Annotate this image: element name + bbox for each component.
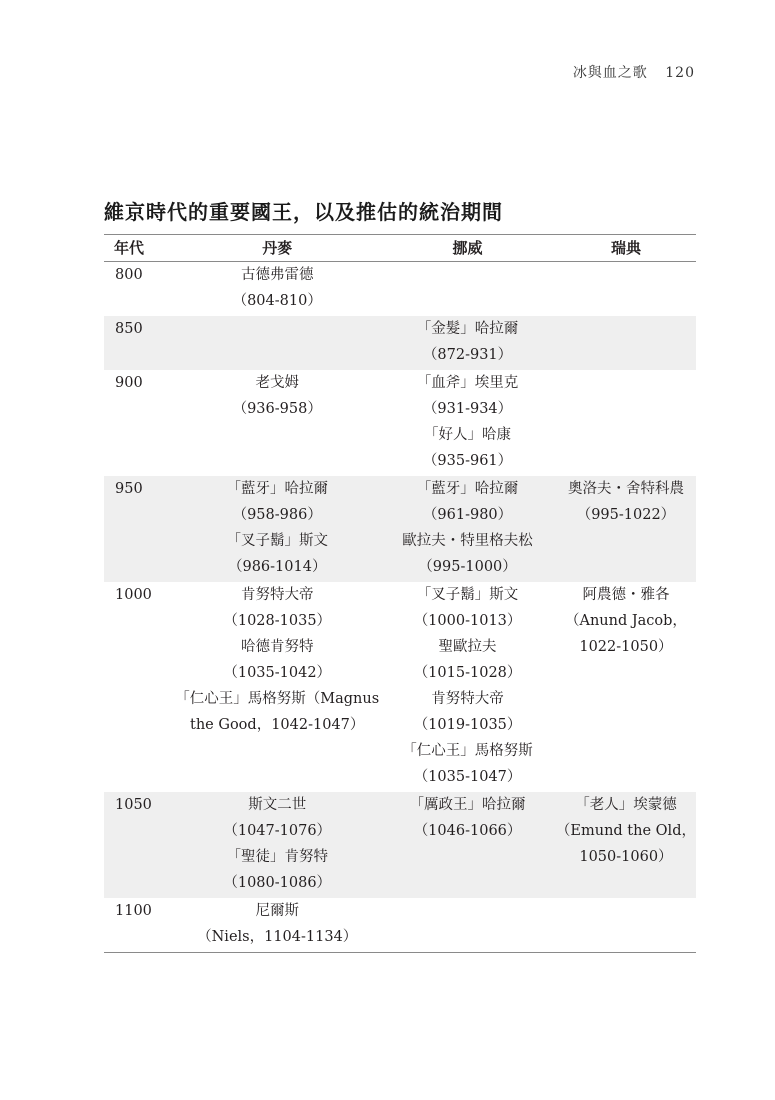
- norway-cell: 「叉子鬍」斯文（1000-1013）聖歐拉夫（1015-1028）肯努特大帝（1…: [379, 582, 556, 792]
- header-norway: 挪威: [379, 235, 556, 262]
- page-number: 120: [665, 65, 695, 81]
- king-entry-line: （1047-1076）: [175, 818, 379, 844]
- denmark-cell: 古德弗雷德（804-810）: [175, 262, 379, 317]
- king-entry-line: 老戈姆: [175, 370, 379, 396]
- king-entry-line: 斯文二世: [175, 792, 379, 818]
- king-entry-line: （931-934）: [379, 396, 556, 422]
- king-entry-line: 「藍牙」哈拉爾: [379, 476, 556, 502]
- book-title: 冰與血之歌: [573, 65, 648, 81]
- denmark-cell: 尼爾斯（Niels，1104-1134）: [175, 898, 379, 953]
- king-entry-line: 尼爾斯: [175, 898, 379, 924]
- king-entry-line: 哈德肯努特: [175, 634, 379, 660]
- sweden-cell: [556, 316, 696, 370]
- sweden-cell: 「老人」埃蒙德（Emund the Old，1050-1060）: [556, 792, 696, 898]
- king-entry-line: 「血斧」埃里克: [379, 370, 556, 396]
- era-cell: 1100: [104, 898, 175, 953]
- norway-cell: 「血斧」埃里克（931-934）「好人」哈康（935-961）: [379, 370, 556, 476]
- king-entry-line: 歐拉夫・特里格夫松: [379, 528, 556, 554]
- era-cell: 1000: [104, 582, 175, 792]
- sweden-cell: [556, 898, 696, 953]
- header-era: 年代: [104, 235, 175, 262]
- norway-cell: [379, 262, 556, 317]
- sweden-cell: 阿農德・雅各（Anund Jacob，1022-1050）: [556, 582, 696, 792]
- norway-cell: 「藍牙」哈拉爾（961-980）歐拉夫・特里格夫松（995-1000）: [379, 476, 556, 582]
- king-entry-line: （1028-1035）: [175, 608, 379, 634]
- king-entry-line: 肯努特大帝: [175, 582, 379, 608]
- king-entry-line: 1050-1060）: [556, 844, 696, 870]
- norway-cell: 「厲政王」哈拉爾（1046-1066）: [379, 792, 556, 898]
- king-entry-line: 「聖徒」肯努特: [175, 844, 379, 870]
- king-entry-line: 「叉子鬍」斯文: [379, 582, 556, 608]
- king-entry-line: 「叉子鬍」斯文: [175, 528, 379, 554]
- header-sweden: 瑞典: [556, 235, 696, 262]
- norway-cell: [379, 898, 556, 953]
- king-entry-line: 「仁心王」馬格努斯: [379, 738, 556, 764]
- king-entry-line: （995-1000）: [379, 554, 556, 580]
- sweden-cell: [556, 370, 696, 476]
- king-entry-line: （Emund the Old，: [556, 818, 696, 844]
- king-entry-line: （1080-1086）: [175, 870, 379, 896]
- table-row: 1100尼爾斯（Niels，1104-1134）: [104, 898, 696, 953]
- king-entry-line: （1046-1066）: [379, 818, 556, 844]
- table-row: 800古德弗雷德（804-810）: [104, 262, 696, 317]
- king-entry-line: 阿農德・雅各: [556, 582, 696, 608]
- king-entry-line: （935-961）: [379, 448, 556, 474]
- king-entry-line: （1019-1035）: [379, 712, 556, 738]
- era-cell: 800: [104, 262, 175, 317]
- king-entry-line: 「厲政王」哈拉爾: [379, 792, 556, 818]
- king-entry-line: 聖歐拉夫: [379, 634, 556, 660]
- king-entry-line: （Niels，1104-1134）: [175, 924, 379, 950]
- viking-kings-table: 年代 丹麥 挪威 瑞典 800古德弗雷德（804-810）850「金髮」哈拉爾（…: [104, 234, 696, 953]
- table-row: 950「藍牙」哈拉爾（958-986）「叉子鬍」斯文（986-1014）「藍牙」…: [104, 476, 696, 582]
- king-entry-line: （Anund Jacob，: [556, 608, 696, 634]
- table-title: 維京時代的重要國王，以及推估的統治期間: [104, 196, 503, 225]
- table-row: 850「金髮」哈拉爾（872-931）: [104, 316, 696, 370]
- king-entry-line: （936-958）: [175, 396, 379, 422]
- king-entry-line: 「金髮」哈拉爾: [379, 316, 556, 342]
- king-entry-line: （1035-1042）: [175, 660, 379, 686]
- king-entry-line: （804-810）: [175, 288, 379, 314]
- king-entry-line: （1035-1047）: [379, 764, 556, 790]
- sweden-cell: [556, 262, 696, 317]
- king-entry-line: （1000-1013）: [379, 608, 556, 634]
- king-entry-line: 古德弗雷德: [175, 262, 379, 288]
- table-row: 1000肯努特大帝（1028-1035）哈德肯努特（1035-1042）「仁心王…: [104, 582, 696, 792]
- era-cell: 850: [104, 316, 175, 370]
- running-head: 冰與血之歌 120: [573, 62, 695, 82]
- king-entry-line: 1022-1050）: [556, 634, 696, 660]
- denmark-cell: 「藍牙」哈拉爾（958-986）「叉子鬍」斯文（986-1014）: [175, 476, 379, 582]
- king-entry-line: 「好人」哈康: [379, 422, 556, 448]
- king-entry-line: （961-980）: [379, 502, 556, 528]
- king-entry-line: 「藍牙」哈拉爾: [175, 476, 379, 502]
- header-denmark: 丹麥: [175, 235, 379, 262]
- era-cell: 1050: [104, 792, 175, 898]
- table-header-row: 年代 丹麥 挪威 瑞典: [104, 235, 696, 262]
- king-entry-line: 「仁心王」馬格努斯（Magnus: [175, 686, 379, 712]
- era-cell: 950: [104, 476, 175, 582]
- denmark-cell: 肯努特大帝（1028-1035）哈德肯努特（1035-1042）「仁心王」馬格努…: [175, 582, 379, 792]
- king-entry-line: （872-931）: [379, 342, 556, 368]
- king-entry-line: （995-1022）: [556, 502, 696, 528]
- king-entry-line: （958-986）: [175, 502, 379, 528]
- table-row: 900老戈姆（936-958）「血斧」埃里克（931-934）「好人」哈康（93…: [104, 370, 696, 476]
- denmark-cell: 斯文二世（1047-1076）「聖徒」肯努特（1080-1086）: [175, 792, 379, 898]
- king-entry-line: （986-1014）: [175, 554, 379, 580]
- king-entry-line: the Good，1042-1047）: [175, 712, 379, 738]
- denmark-cell: [175, 316, 379, 370]
- table-row: 1050斯文二世（1047-1076）「聖徒」肯努特（1080-1086）「厲政…: [104, 792, 696, 898]
- denmark-cell: 老戈姆（936-958）: [175, 370, 379, 476]
- king-entry-line: 奧洛夫・舍特科農: [556, 476, 696, 502]
- era-cell: 900: [104, 370, 175, 476]
- norway-cell: 「金髮」哈拉爾（872-931）: [379, 316, 556, 370]
- king-entry-line: （1015-1028）: [379, 660, 556, 686]
- sweden-cell: 奧洛夫・舍特科農（995-1022）: [556, 476, 696, 582]
- table-body: 800古德弗雷德（804-810）850「金髮」哈拉爾（872-931）900老…: [104, 262, 696, 953]
- king-entry-line: 肯努特大帝: [379, 686, 556, 712]
- king-entry-line: 「老人」埃蒙德: [556, 792, 696, 818]
